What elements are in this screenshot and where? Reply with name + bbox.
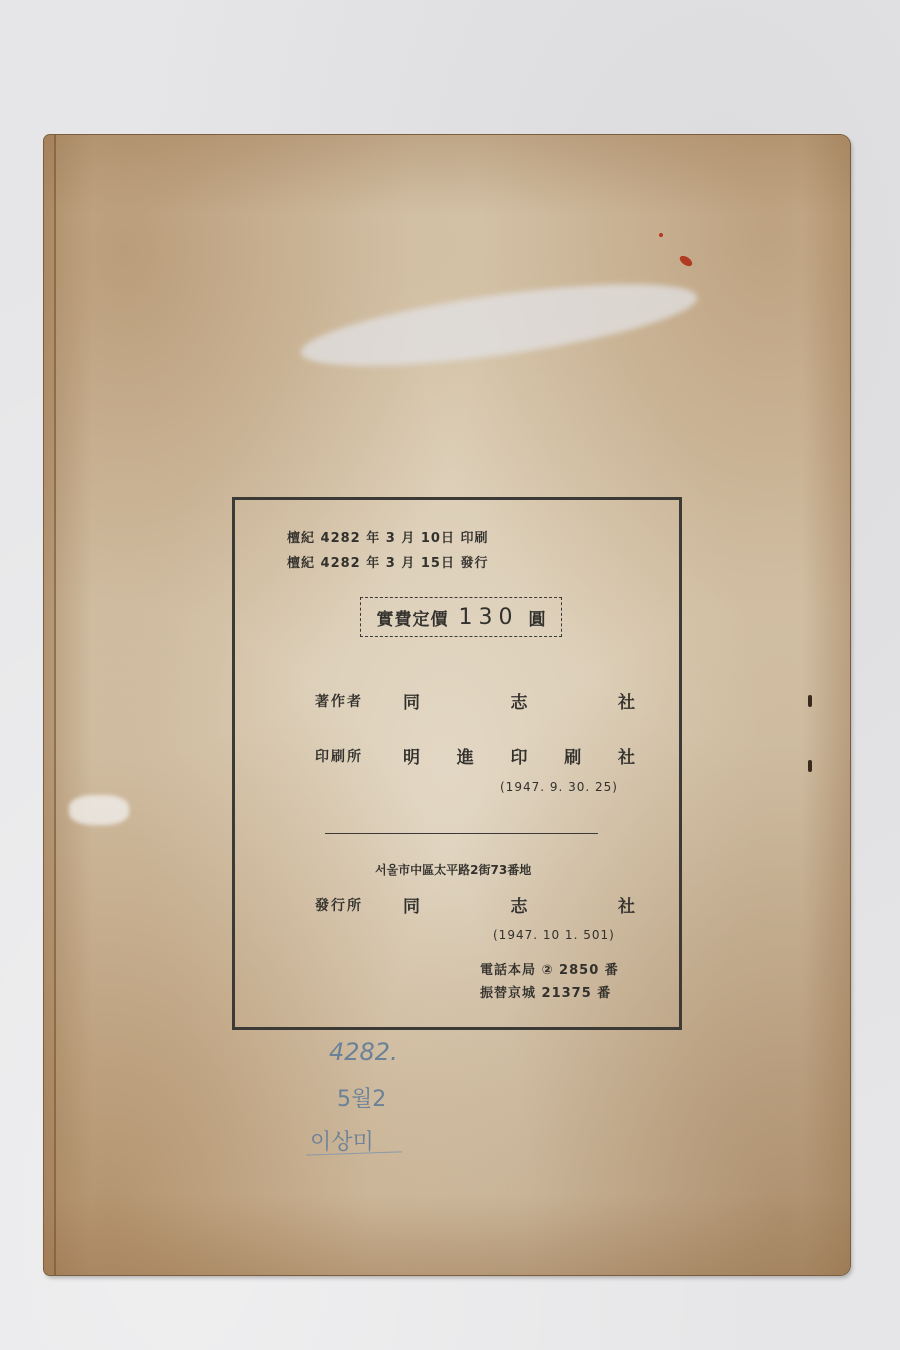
publish-date: 檀紀 4282 年 3 月 15日 發行	[287, 552, 488, 571]
paper-loss-mark	[69, 795, 129, 825]
printer-row: 印刷所 明 進 印 刷 社	[315, 743, 635, 768]
book-back-cover: 檀紀 4282 年 3 月 10日 印刷 檀紀 4282 年 3 月 15日 發…	[44, 135, 850, 1275]
price-value: 130	[459, 605, 519, 630]
handwritten-date: 5월2	[337, 1082, 386, 1113]
publisher-row: 發行所 同 志 社	[315, 892, 635, 917]
colophon-box: 檀紀 4282 年 3 月 10日 印刷 檀紀 4282 年 3 月 15日 發…	[232, 497, 682, 1030]
publisher-address: 서울市中區太平路2街73番地	[375, 861, 531, 878]
author-row: 著作者 同 志 社	[315, 688, 635, 713]
divider-rule	[325, 833, 598, 834]
publisher-label: 發行所	[315, 895, 403, 915]
red-stain-dot	[659, 233, 663, 237]
printer-name: 明 進 印 刷 社	[403, 743, 635, 768]
phone-number: 電話本局 ② 2850 番	[480, 959, 619, 978]
price-unit: 圓	[529, 605, 546, 630]
printer-char: 刷	[564, 743, 581, 768]
author-char: 志	[511, 688, 528, 713]
printer-registration: (1947. 9. 30. 25)	[500, 780, 618, 794]
price-label: 實費定價	[377, 605, 449, 630]
author-label: 著作者	[315, 691, 403, 711]
print-date: 檀紀 4282 年 3 月 10日 印刷	[287, 527, 488, 546]
handwritten-name: 이상미	[310, 1125, 374, 1156]
price-box: 實費定價 130 圓	[360, 597, 562, 637]
publisher-registration: (1947. 10 1. 501)	[493, 928, 615, 942]
printer-char: 明	[403, 743, 420, 768]
printer-char: 進	[457, 743, 474, 768]
red-stain	[678, 254, 694, 269]
publisher-name: 同 志 社	[403, 892, 635, 917]
book-edge	[44, 135, 56, 1275]
author-char: 社	[618, 688, 635, 713]
handwritten-year: 4282.	[329, 1038, 398, 1066]
worn-scuff-mark	[297, 267, 701, 382]
publisher-char: 志	[511, 892, 528, 917]
author-name: 同 志 社	[403, 688, 635, 713]
binding-staple-hole	[808, 695, 812, 707]
author-char: 同	[403, 688, 420, 713]
printer-label: 印刷所	[315, 746, 403, 766]
binding-staple-hole	[808, 760, 812, 772]
publisher-char: 社	[618, 892, 635, 917]
giro-account: 振替京城 21375 番	[480, 982, 611, 1001]
printer-char: 印	[511, 743, 528, 768]
publisher-char: 同	[403, 892, 420, 917]
printer-char: 社	[618, 743, 635, 768]
